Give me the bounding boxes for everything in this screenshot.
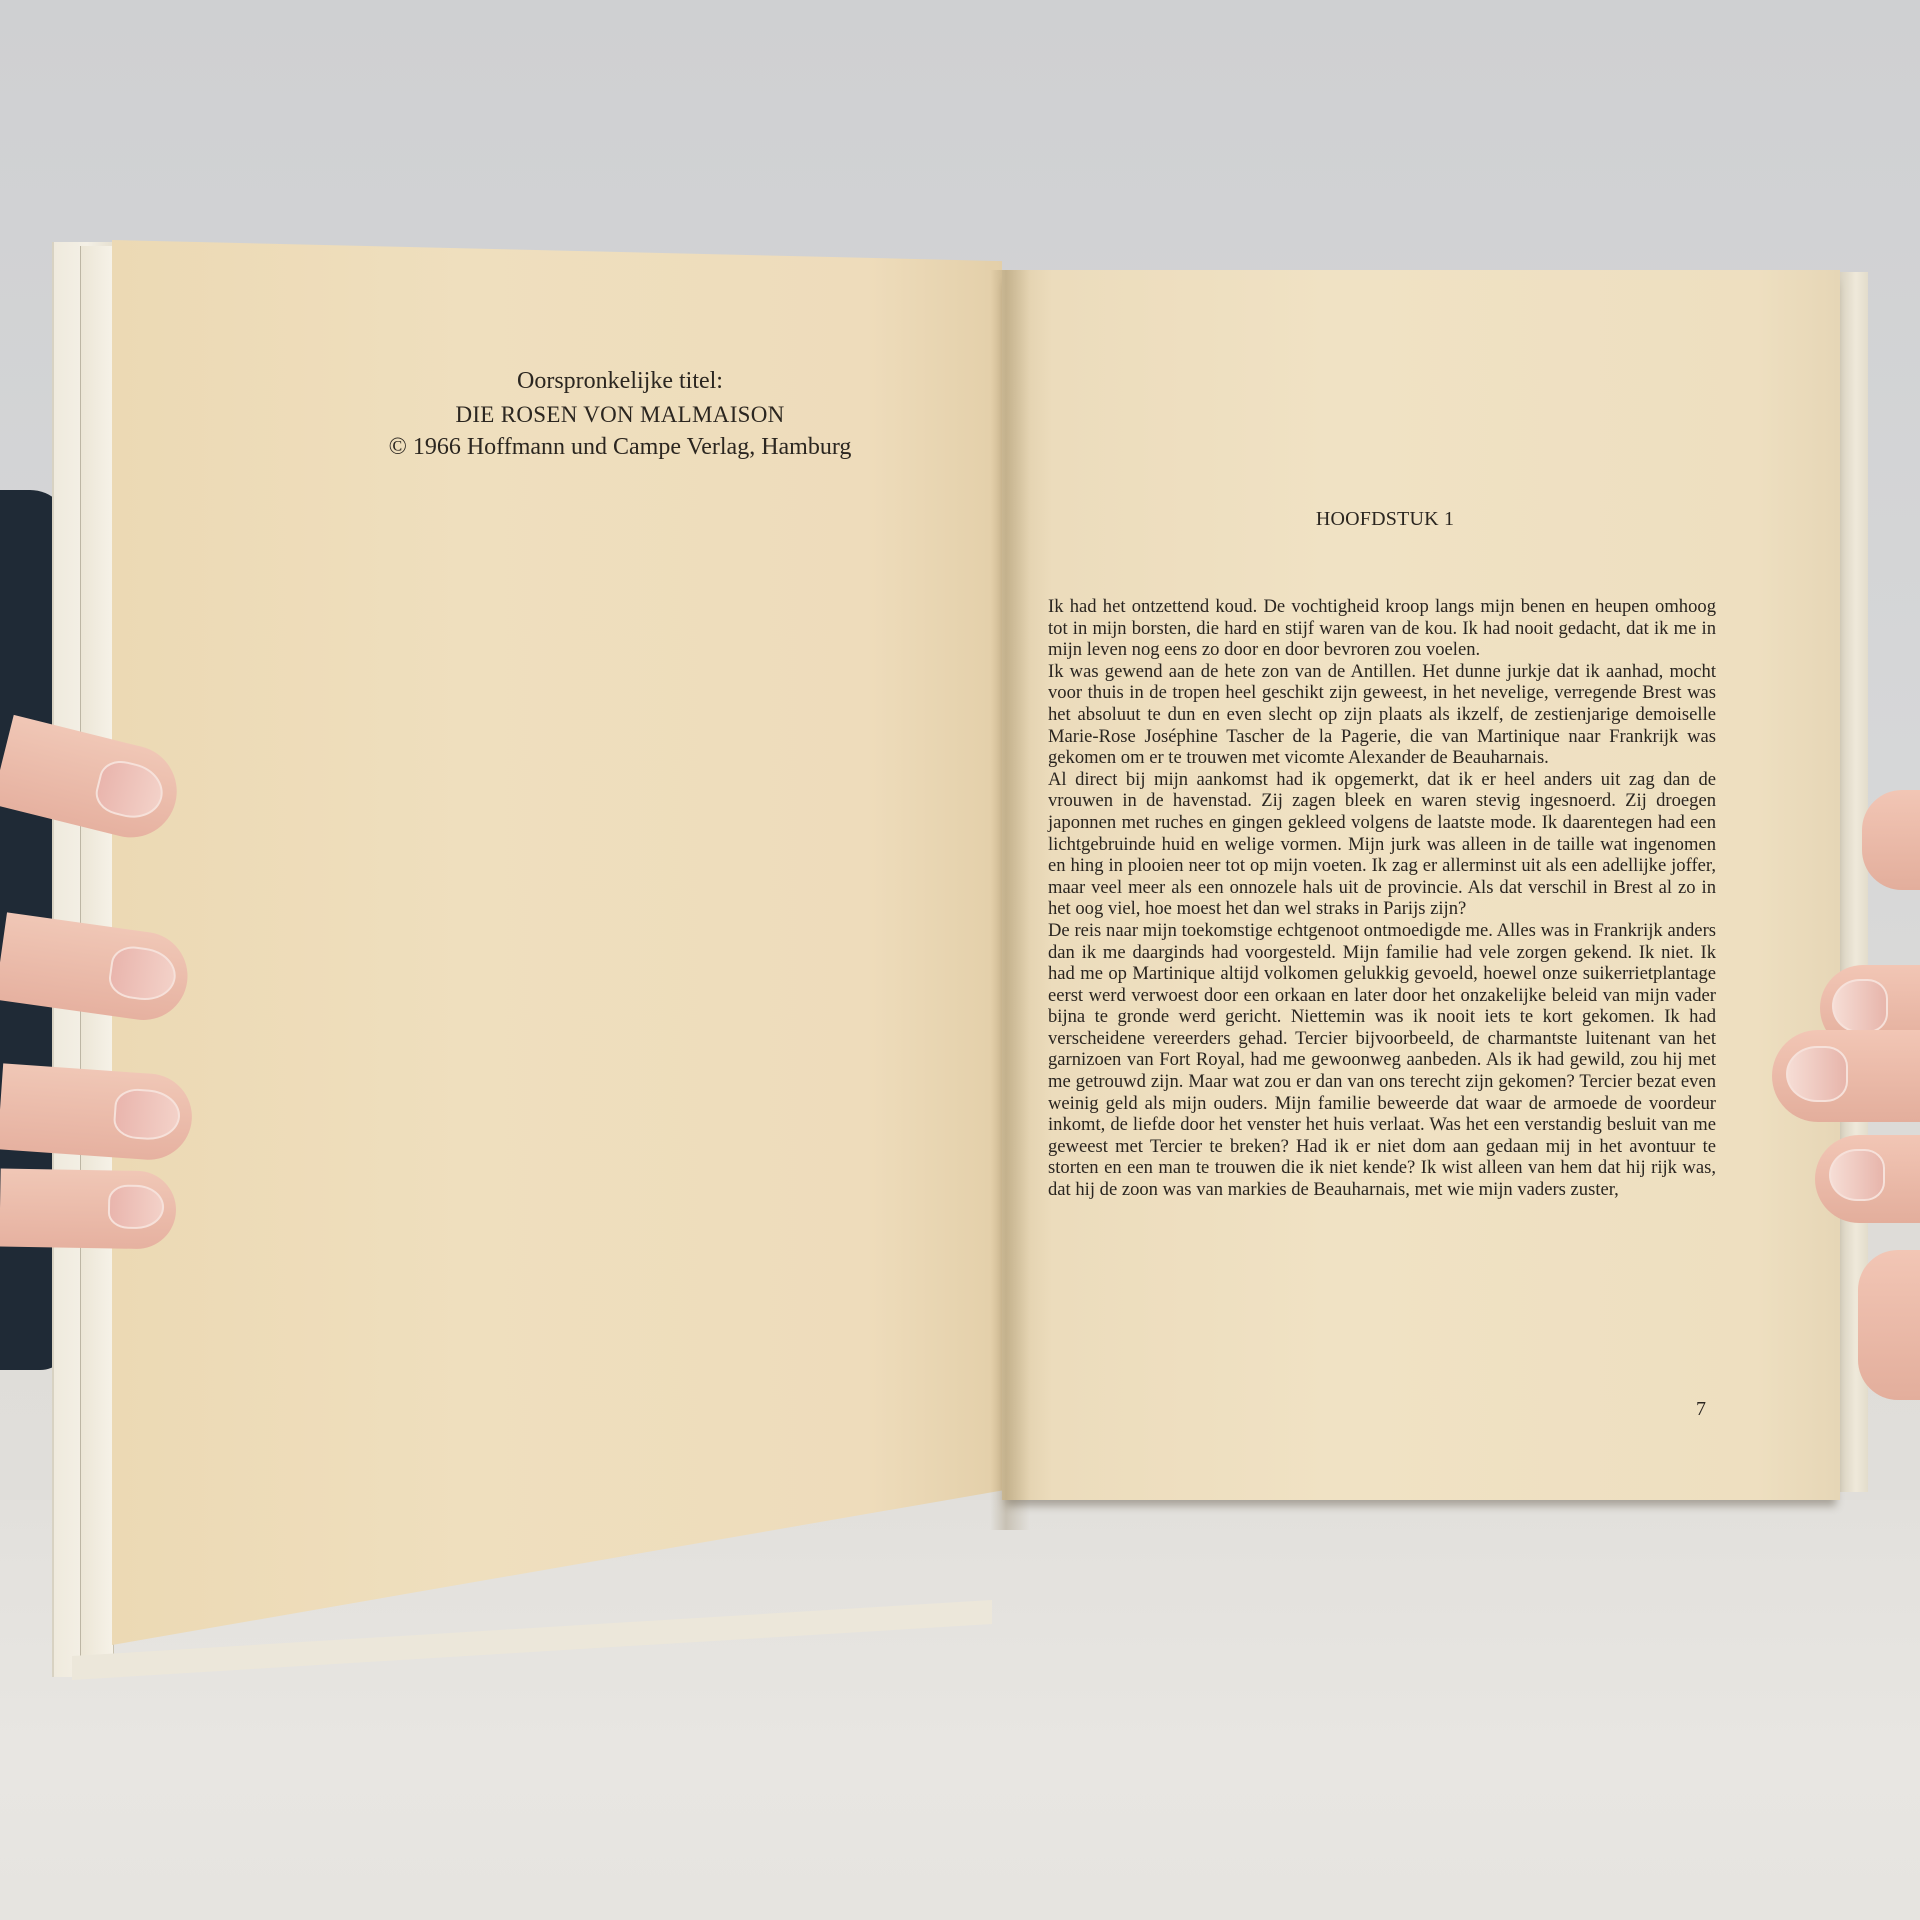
spine-gutter [990,270,1030,1530]
finger [1862,790,1920,890]
paragraph: Ik was gewend aan de hete zon van de Ant… [1048,661,1716,769]
paragraph: Al direct bij mijn aankomst had ik opgem… [1048,769,1716,920]
finger [0,1063,195,1162]
chapter-heading: HOOFDSTUK 1 [1040,508,1730,531]
fingernail [1832,979,1888,1033]
original-title-label: Oorspronkelijke titel: [330,365,910,398]
finger [1815,1135,1920,1223]
fingernail [107,943,180,1004]
fingernail [91,756,168,824]
paragraph: De reis naar mijn toekomstige echtgenoot… [1048,920,1716,1201]
page-number: 7 [1696,1398,1706,1421]
finger [1858,1250,1920,1400]
original-title: DIE ROSEN VON MALMAISON [330,398,910,431]
finger [1772,1030,1920,1122]
paragraph: Ik had het ontzettend koud. De vochtighe… [1048,596,1716,661]
finger [0,1168,177,1249]
fingernail [1829,1149,1885,1201]
fingernail [112,1087,181,1141]
fingernail [108,1184,165,1229]
copyright-line: © 1966 Hoffmann und Campe Verlag, Hambur… [330,431,910,464]
chapter-body: Ik had het ontzettend koud. De vochtighe… [1048,596,1716,1201]
copyright-block: Oorspronkelijke titel: DIE ROSEN VON MAL… [330,365,910,464]
fingernail [1786,1046,1848,1102]
